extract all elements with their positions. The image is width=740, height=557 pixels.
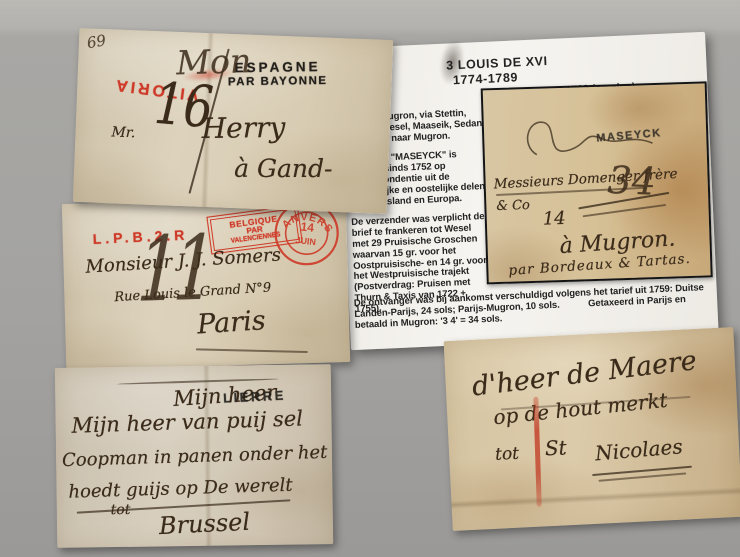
inset-route: par Bordeaux & Tartas. [508,253,691,279]
cover-anvers-paris: L.P.B.2.R BELGIQUE PAR VALENCIENNES ANVE… [62,196,351,370]
addressee-name: Herry [202,114,286,143]
card-years: 1774-1789 [453,70,519,87]
script-line3: Coopman in panen onder het [62,444,328,470]
script-tot: tot [495,446,520,464]
address-city: Brussel [158,510,250,538]
script-line2: Mijn heer van puij sel [71,408,303,436]
inset-addressee-line2: & Co [496,199,530,213]
address-city: Nicolaes [594,436,683,463]
collector-card: 3 LOUIS DE XVI 1774-1789 1762 (omslag) D… [337,32,718,350]
address-city: Paris [196,307,266,338]
cover-lierre-brussel: Mijn heer LIERRE Mijn heer van puij sel … [55,364,333,548]
script-st: St [544,437,567,458]
addressee-prefix: Mr. [111,125,135,140]
rate-mark-14: 14 [543,210,566,229]
cover-espagne-gand: 69 ESPAGNE PAR BAYONNE VITORIA Mon 16 Mr… [73,28,393,214]
script-line4: hoedt guijs op De werelt [68,477,293,502]
cover-st-nicolaes: d'heer de Maere op de hout merkt tot St … [444,327,740,531]
lierre-stamp: LIERRE [223,389,286,407]
photo-of-postal-covers: 3 LOUIS DE XVI 1774-1789 1762 (omslag) D… [0,0,740,557]
cds-day: 14 [300,220,315,235]
fold-crease [451,487,740,509]
cds-month: JUIN [295,235,317,247]
ink-underline [196,348,308,353]
pencil-number: 69 [86,33,107,51]
maseyck-cover-photo: MASEYCK Messieurs Domenger frère & Co 34… [481,81,713,284]
address-city: à Gand- [234,156,332,181]
